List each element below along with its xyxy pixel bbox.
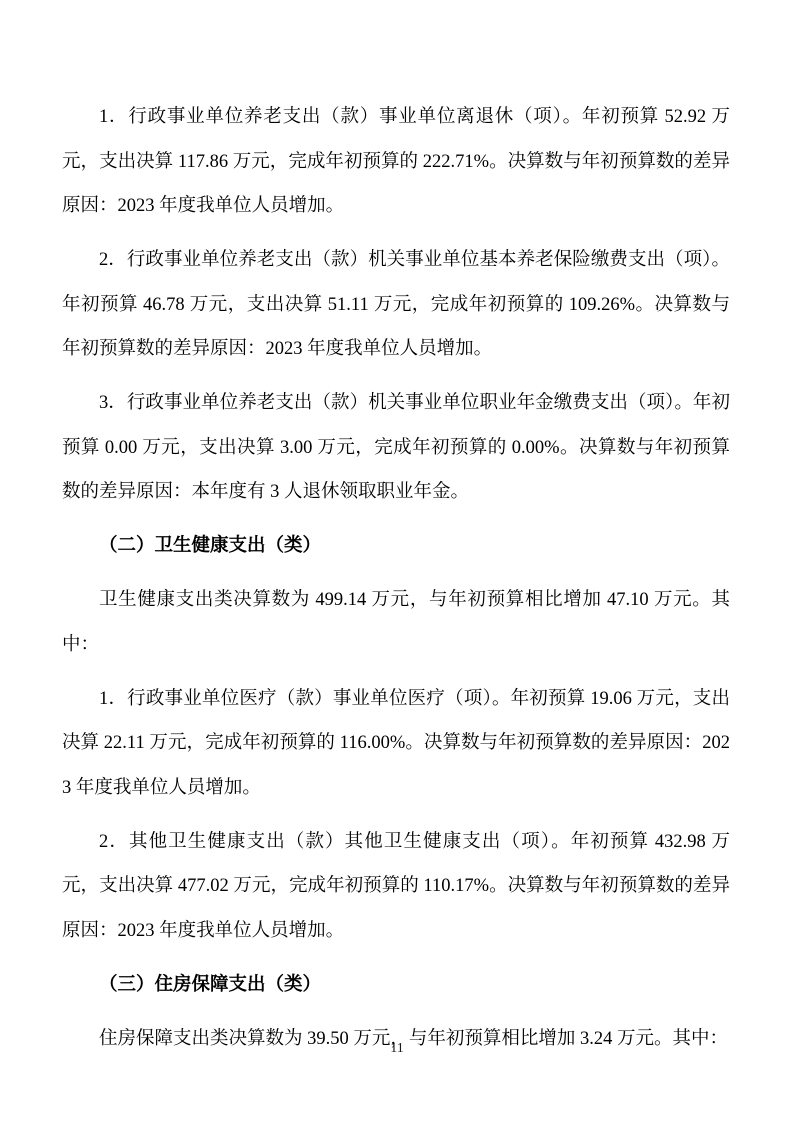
page-number: 11 bbox=[0, 1040, 794, 1058]
paragraph-pension-retirement-item: 1．行政事业单位养老支出（款）事业单位离退休（项）。年初预算 52.92 万元，… bbox=[62, 95, 730, 229]
paragraph-health-expenditure-summary: 卫生健康支出类决算数为 499.14 万元，与年初预算相比增加 47.10 万元… bbox=[62, 578, 730, 667]
paragraph-pension-basic-insurance-item: 2．行政事业单位养老支出（款）机关事业单位基本养老保险缴费支出（项）。年初预算 … bbox=[62, 238, 730, 372]
document-body: 1．行政事业单位养老支出（款）事业单位离退休（项）。年初预算 52.92 万元，… bbox=[62, 95, 730, 1071]
paragraph-health-other-item: 2．其他卫生健康支出（款）其他卫生健康支出（项）。年初预算 432.98 万元，… bbox=[62, 820, 730, 954]
section-heading-health-expenditure: （二）卫生健康支出（类） bbox=[62, 524, 730, 569]
section-heading-housing-expenditure: （三）住房保障支出（类） bbox=[62, 963, 730, 1008]
document-page: 1．行政事业单位养老支出（款）事业单位离退休（项）。年初预算 52.92 万元，… bbox=[0, 0, 794, 1123]
paragraph-pension-occupational-annuity-item: 3．行政事业单位养老支出（款）机关事业单位职业年金缴费支出（项）。年初预算 0.… bbox=[62, 381, 730, 515]
paragraph-health-medical-item: 1．行政事业单位医疗（款）事业单位医疗（项）。年初预算 19.06 万元，支出决… bbox=[62, 677, 730, 811]
